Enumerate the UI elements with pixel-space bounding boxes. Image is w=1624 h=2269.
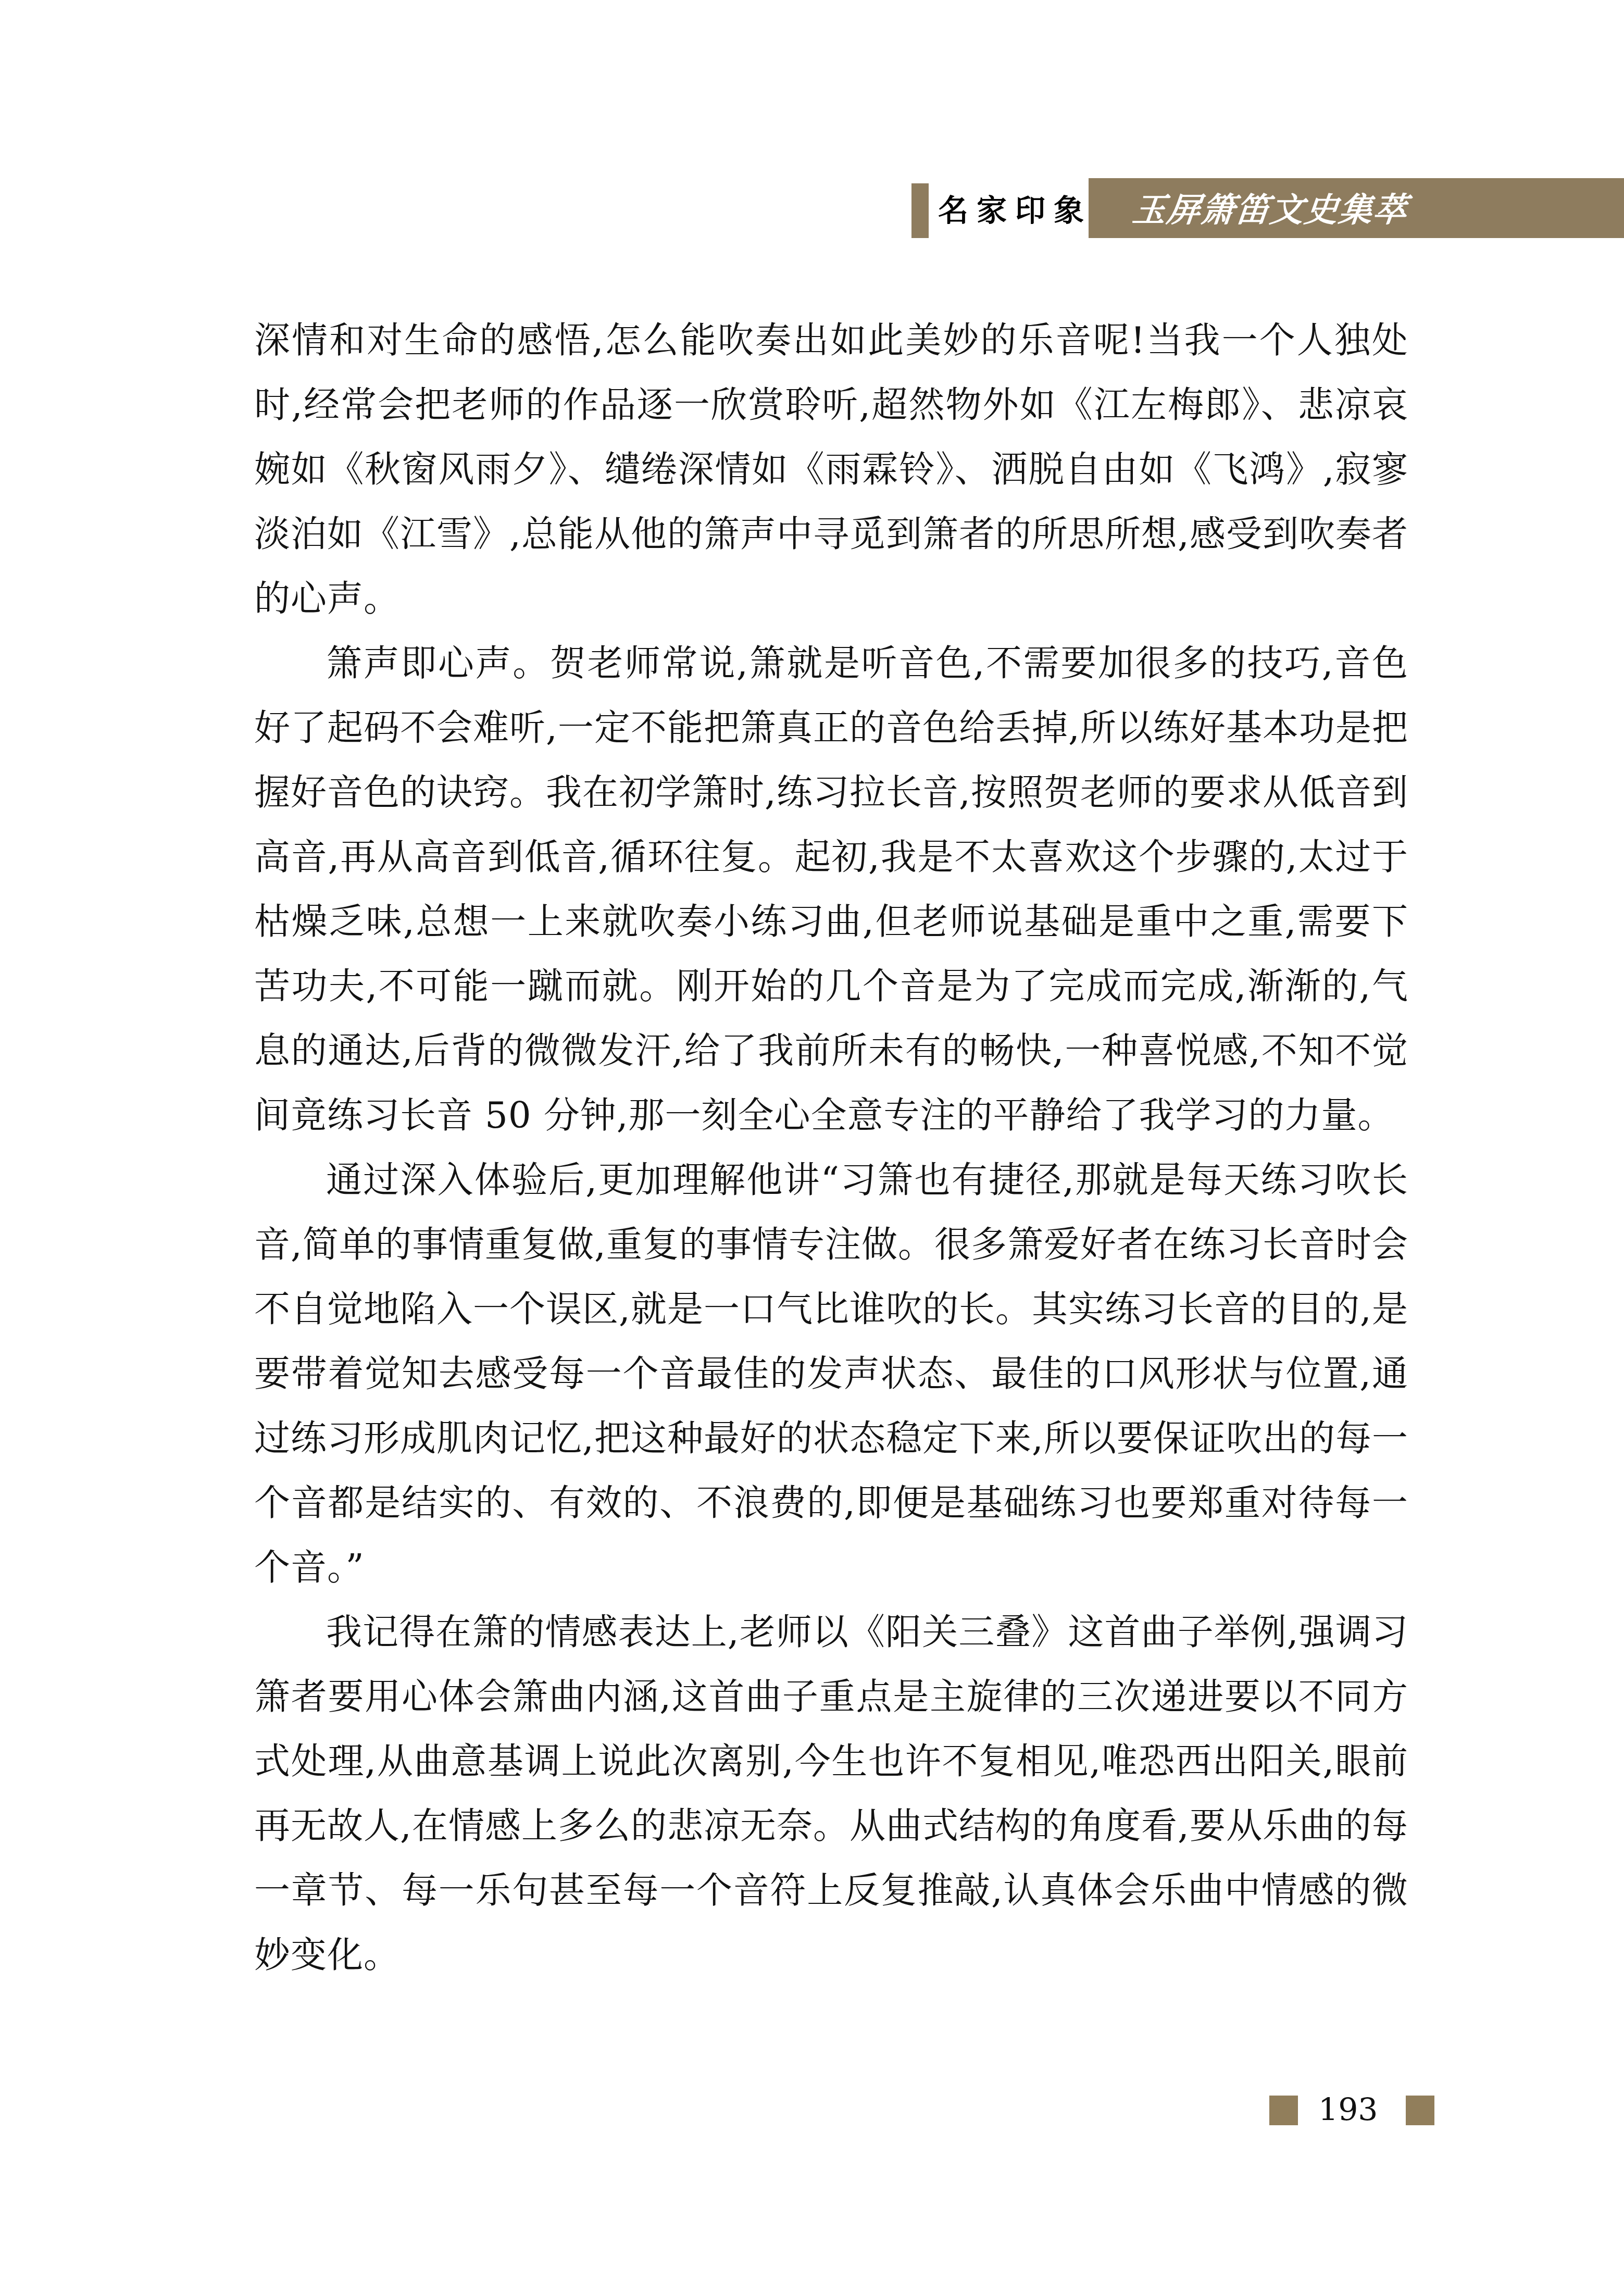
book-page: 名家印象 玉屏箫笛文史集萃 深情和对生命的感悟,怎么能吹奏出如此美妙的乐音呢!当… xyxy=(0,0,1624,2269)
paragraph: 箫声即心声。贺老师常说,箫就是听音色,不需要加很多的技巧,音色好了起码不会难听,… xyxy=(254,631,1408,1148)
header-section-title: 名家印象 xyxy=(938,183,1092,238)
page-footer: 193 xyxy=(1269,2096,1434,2125)
header-accent-bar xyxy=(911,183,929,238)
paragraph: 深情和对生命的感悟,怎么能吹奏出如此美妙的乐音呢!当我一个人独处时,经常会把老师… xyxy=(254,308,1408,631)
footer-ornament-right xyxy=(1406,2096,1434,2125)
page-number: 193 xyxy=(1318,2096,1378,2125)
body-text: 深情和对生命的感悟,怎么能吹奏出如此美妙的乐音呢!当我一个人独处时,经常会把老师… xyxy=(254,308,1408,1988)
paragraph: 我记得在箫的情感表达上,老师以《阳关三叠》这首曲子举例,强调习箫者要用心体会箫曲… xyxy=(254,1600,1408,1988)
header-banner: 玉屏箫笛文史集萃 xyxy=(1089,178,1624,238)
banner-calligraphy-title: 玉屏箫笛文史集萃 xyxy=(1130,183,1410,231)
paragraph: 通过深入体验后,更加理解他讲“习箫也有捷径,那就是每天练习吹长音,简单的事情重复… xyxy=(254,1148,1408,1600)
footer-ornament-left xyxy=(1269,2096,1298,2125)
